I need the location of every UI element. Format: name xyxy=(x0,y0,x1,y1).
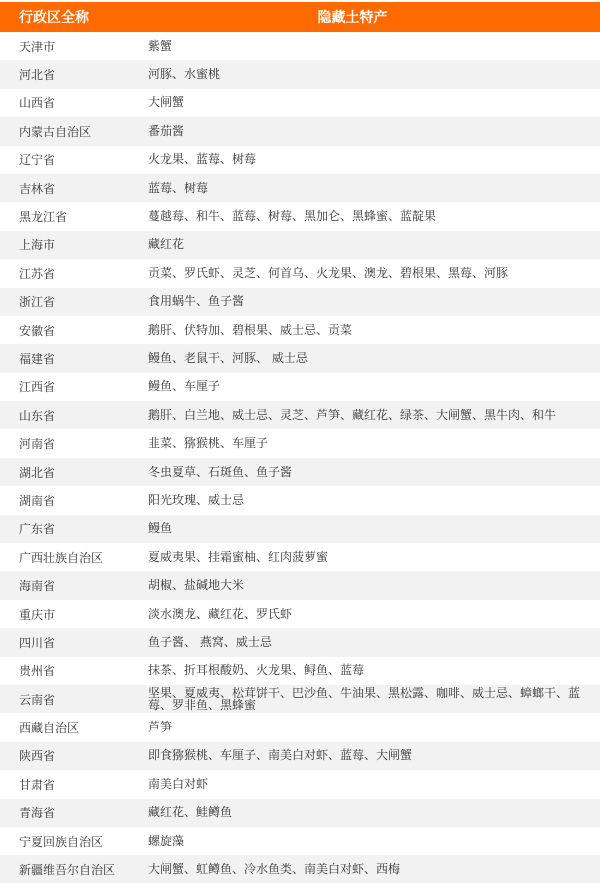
table-row: 贵州省抹茶、折耳根酸奶、火龙果、鲟鱼、蓝莓 xyxy=(0,657,600,685)
specialties-cell: 大闸蟹 xyxy=(148,96,600,109)
region-cell: 天津市 xyxy=(0,38,148,55)
region-cell: 山东省 xyxy=(0,407,148,424)
region-cell: 福建省 xyxy=(0,350,148,367)
table-row: 安徽省鹅肝、伏特加、碧根果、威士忌、贡菜 xyxy=(0,316,600,344)
specialties-table: 行政区全称 隐藏土特产 天津市紫蟹河北省河豚、水蜜桃山西省大闸蟹内蒙古自治区番茄… xyxy=(0,2,600,883)
specialties-cell: 番茄酱 xyxy=(148,125,600,138)
table-row: 山东省鹅肝、白兰地、威士忌、灵芝、芦笋、藏红花、绿茶、大闸蟹、黑牛肉、和牛 xyxy=(0,401,600,429)
specialties-cell: 鱼子酱、 燕窝、威士忌 xyxy=(148,636,600,649)
specialties-cell: 即食猕猴桃、车厘子、南美白对虾、蓝莓、大闸蟹 xyxy=(148,749,600,762)
region-cell: 上海市 xyxy=(0,236,148,253)
specialties-cell: 藏红花 xyxy=(148,238,600,251)
region-cell: 四川省 xyxy=(0,634,148,651)
region-cell: 贵州省 xyxy=(0,662,148,679)
region-cell: 吉林省 xyxy=(0,180,148,197)
table-row: 湖北省冬虫夏草、石斑鱼、鱼子酱 xyxy=(0,458,600,486)
region-cell: 广东省 xyxy=(0,520,148,537)
table-row: 四川省鱼子酱、 燕窝、威士忌 xyxy=(0,628,600,656)
table-row: 广东省鳗鱼 xyxy=(0,515,600,543)
specialties-cell: 淡水澳龙、藏红花、罗氏虾 xyxy=(148,608,600,621)
region-cell: 海南省 xyxy=(0,577,148,594)
region-cell: 青海省 xyxy=(0,804,148,821)
specialties-cell: 坚果、夏威夷、松茸饼干、巴沙鱼、牛油果、黑松露、咖啡、威士忌、蟑螂干、蓝莓、罗非… xyxy=(148,687,600,712)
table-header: 行政区全称 隐藏土特产 xyxy=(0,2,600,32)
table-row: 天津市紫蟹 xyxy=(0,32,600,60)
table-row: 辽宁省火龙果、蓝莓、树莓 xyxy=(0,146,600,174)
specialties-cell: 南美白对虾 xyxy=(148,778,600,791)
specialties-cell: 鳗鱼、老鼠干、河豚、 威士忌 xyxy=(148,352,600,365)
table-row: 西藏自治区芦笋 xyxy=(0,713,600,741)
table-row: 江苏省贡菜、罗氏虾、灵芝、何首乌、火龙果、澳龙、碧根果、黑莓、河豚 xyxy=(0,259,600,287)
header-region: 行政区全称 xyxy=(0,7,145,27)
specialties-cell: 韭菜、猕猴桃、车厘子 xyxy=(148,437,600,450)
region-cell: 湖南省 xyxy=(0,492,148,509)
table-row: 上海市藏红花 xyxy=(0,231,600,259)
region-cell: 江西省 xyxy=(0,378,148,395)
specialties-cell: 河豚、水蜜桃 xyxy=(148,68,600,81)
specialties-cell: 藏红花、鲑鳟鱼 xyxy=(148,806,600,819)
region-cell: 重庆市 xyxy=(0,606,148,623)
specialties-cell: 火龙果、蓝莓、树莓 xyxy=(148,153,600,166)
specialties-cell: 贡菜、罗氏虾、灵芝、何首乌、火龙果、澳龙、碧根果、黑莓、河豚 xyxy=(148,267,600,280)
specialties-cell: 胡椒、盐碱地大米 xyxy=(148,579,600,592)
table-row: 山西省大闸蟹 xyxy=(0,89,600,117)
table-row: 黑龙江省蔓越莓、和牛、蓝莓、树莓、黑加仑、黑蜂蜜、蓝靛果 xyxy=(0,202,600,230)
region-cell: 新疆维吾尔自治区 xyxy=(0,861,148,878)
region-cell: 西藏自治区 xyxy=(0,719,148,736)
region-cell: 云南省 xyxy=(0,691,148,708)
specialties-cell: 螺旋藻 xyxy=(148,835,600,848)
region-cell: 河南省 xyxy=(0,435,148,452)
region-cell: 甘肃省 xyxy=(0,776,148,793)
specialties-cell: 蓝莓、树莓 xyxy=(148,182,600,195)
region-cell: 湖北省 xyxy=(0,464,148,481)
table-row: 宁夏回族自治区螺旋藻 xyxy=(0,827,600,855)
specialties-cell: 阳光玫瑰、威士忌 xyxy=(148,494,600,507)
table-row: 甘肃省南美白对虾 xyxy=(0,770,600,798)
table-row: 浙江省食用蜗牛、鱼子酱 xyxy=(0,288,600,316)
specialties-cell: 鹅肝、白兰地、威士忌、灵芝、芦笋、藏红花、绿茶、大闸蟹、黑牛肉、和牛 xyxy=(148,409,600,422)
specialties-cell: 鳗鱼、车厘子 xyxy=(148,380,600,393)
table-row: 福建省鳗鱼、老鼠干、河豚、 威士忌 xyxy=(0,344,600,372)
table-row: 内蒙古自治区番茄酱 xyxy=(0,117,600,145)
header-specialties: 隐藏土特产 xyxy=(145,7,600,27)
specialties-cell: 芦笋 xyxy=(148,721,600,734)
specialties-cell: 夏威夷果、挂霜蜜柚、红肉菠萝蜜 xyxy=(148,551,600,564)
table-row: 江西省鳗鱼、车厘子 xyxy=(0,373,600,401)
table-body: 天津市紫蟹河北省河豚、水蜜桃山西省大闸蟹内蒙古自治区番茄酱辽宁省火龙果、蓝莓、树… xyxy=(0,32,600,883)
table-row: 重庆市淡水澳龙、藏红花、罗氏虾 xyxy=(0,600,600,628)
table-row: 陕西省即食猕猴桃、车厘子、南美白对虾、蓝莓、大闸蟹 xyxy=(0,742,600,770)
table-row: 广西壮族自治区夏威夷果、挂霜蜜柚、红肉菠萝蜜 xyxy=(0,543,600,571)
region-cell: 浙江省 xyxy=(0,293,148,310)
table-row: 湖南省阳光玫瑰、威士忌 xyxy=(0,486,600,514)
specialties-cell: 鳗鱼 xyxy=(148,522,600,535)
specialties-cell: 鹅肝、伏特加、碧根果、威士忌、贡菜 xyxy=(148,324,600,337)
table-row: 吉林省蓝莓、树莓 xyxy=(0,174,600,202)
region-cell: 山西省 xyxy=(0,94,148,111)
region-cell: 陕西省 xyxy=(0,747,148,764)
specialties-cell: 紫蟹 xyxy=(148,40,600,53)
specialties-cell: 食用蜗牛、鱼子酱 xyxy=(148,295,600,308)
specialties-cell: 蔓越莓、和牛、蓝莓、树莓、黑加仑、黑蜂蜜、蓝靛果 xyxy=(148,210,600,223)
region-cell: 宁夏回族自治区 xyxy=(0,833,148,850)
table-row: 青海省藏红花、鲑鳟鱼 xyxy=(0,799,600,827)
region-cell: 河北省 xyxy=(0,66,148,83)
specialties-cell: 冬虫夏草、石斑鱼、鱼子酱 xyxy=(148,466,600,479)
table-row: 云南省坚果、夏威夷、松茸饼干、巴沙鱼、牛油果、黑松露、咖啡、威士忌、蟑螂干、蓝莓… xyxy=(0,685,600,713)
specialties-cell: 大闸蟹、虹鳟鱼、冷水鱼类、南美白对虾、西梅 xyxy=(148,863,600,876)
region-cell: 黑龙江省 xyxy=(0,208,148,225)
region-cell: 内蒙古自治区 xyxy=(0,123,148,140)
region-cell: 安徽省 xyxy=(0,322,148,339)
table-row: 河北省河豚、水蜜桃 xyxy=(0,60,600,88)
region-cell: 广西壮族自治区 xyxy=(0,549,148,566)
specialties-cell: 抹茶、折耳根酸奶、火龙果、鲟鱼、蓝莓 xyxy=(148,664,600,677)
region-cell: 江苏省 xyxy=(0,265,148,282)
table-row: 海南省胡椒、盐碱地大米 xyxy=(0,571,600,599)
region-cell: 辽宁省 xyxy=(0,151,148,168)
table-row: 新疆维吾尔自治区大闸蟹、虹鳟鱼、冷水鱼类、南美白对虾、西梅 xyxy=(0,855,600,883)
table-row: 河南省韭菜、猕猴桃、车厘子 xyxy=(0,429,600,457)
